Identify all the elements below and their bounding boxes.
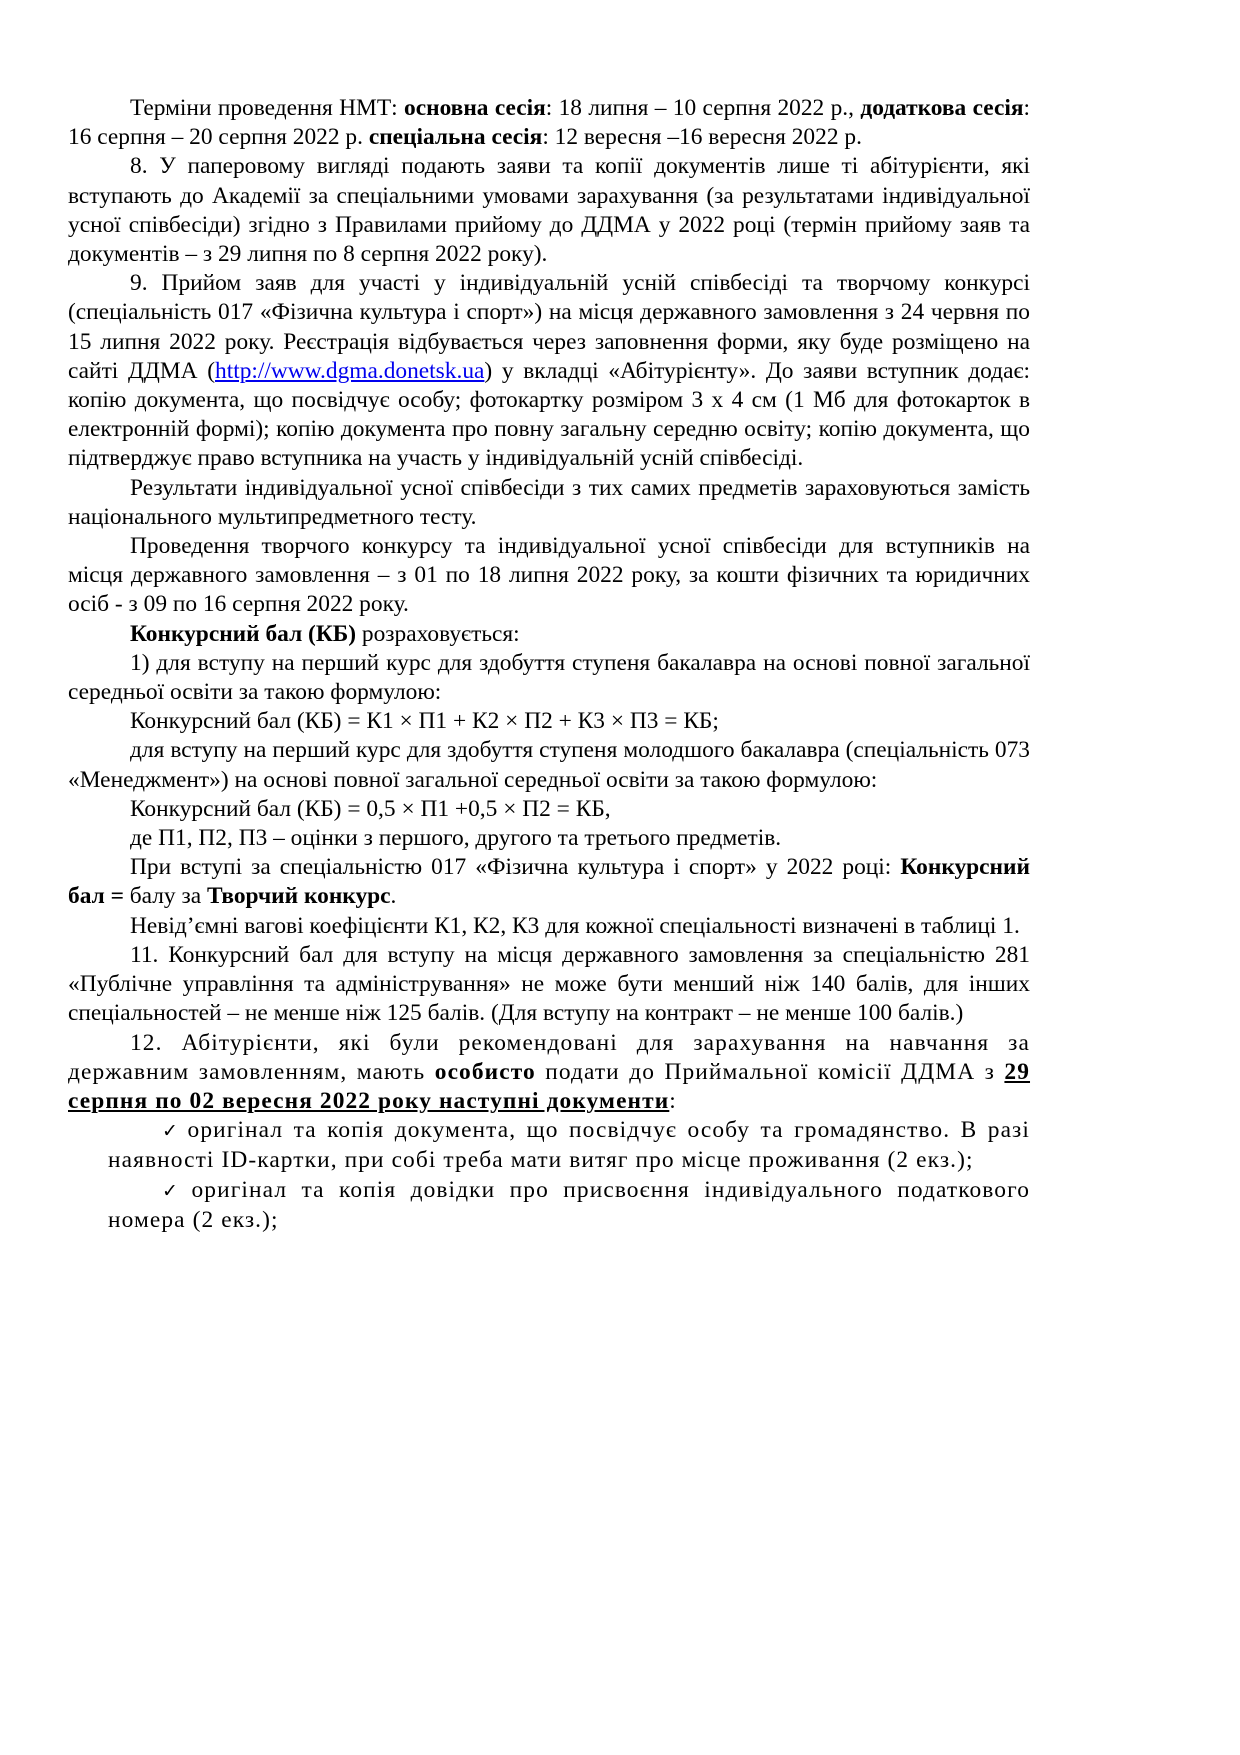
paragraph-interview-results: Результати індивідуальної усної співбесі… [68,474,1030,532]
dgma-website-link[interactable]: http://www.dgma.donetsk.ua [215,358,484,384]
paragraph-nmt-dates: Терміни проведення НМТ: основна сесія: 1… [68,94,1030,152]
checkmark-icon: ✓ [162,1180,187,1202]
main-session-label: основна сесія [404,95,546,121]
paragraph-11: 11. Конкурсний бал для вступу на місця д… [68,941,1030,1029]
paragraph-coefficients: Невід’ємні вагові коефіцієнти К1, К2, К3… [68,912,1030,941]
paragraph-8: 8. У паперовому вигляді подають заяви та… [68,152,1030,269]
special-session-label: спеціальна сесія [369,124,543,150]
checkmark-icon: ✓ [162,1120,183,1142]
formula-junior-bachelor: Конкурсний бал (КБ) = 0,5 × П1 +0,5 × П2… [68,795,1030,824]
document-page: Терміни проведення НМТ: основна сесія: 1… [68,94,1030,1235]
paragraph-score-heading: Конкурсний бал (КБ) розраховується: [68,620,1030,649]
paragraph-junior-bachelor: для вступу на перший курс для здобуття с… [68,736,1030,794]
formula-bachelor: Конкурсний бал (КБ) = К1 × П1 + К2 × П2 … [68,707,1030,736]
checklist-item: ✓оригінал та копія довідки про присвоєнн… [108,1176,1030,1235]
checklist-item: ✓оригінал та копія документа, що посвідч… [108,1116,1030,1175]
additional-session-label: додаткова сесія [860,95,1023,121]
paragraph-subjects-definition: де П1, П2, П3 – оцінки з першого, другог… [68,824,1030,853]
paragraph-12: 12. Абітурієнти, які були рекомендовані … [68,1029,1030,1117]
paragraph-creative-contest: Проведення творчого конкурсу та індивіду… [68,532,1030,620]
paragraph-sport-specialty: При вступі за спеціальністю 017 «Фізична… [68,853,1030,911]
paragraph-bachelor-formula-intro: 1) для вступу на перший курс для здобутт… [68,649,1030,707]
paragraph-9: 9. Прийом заяв для участі у індивідуальн… [68,269,1030,473]
